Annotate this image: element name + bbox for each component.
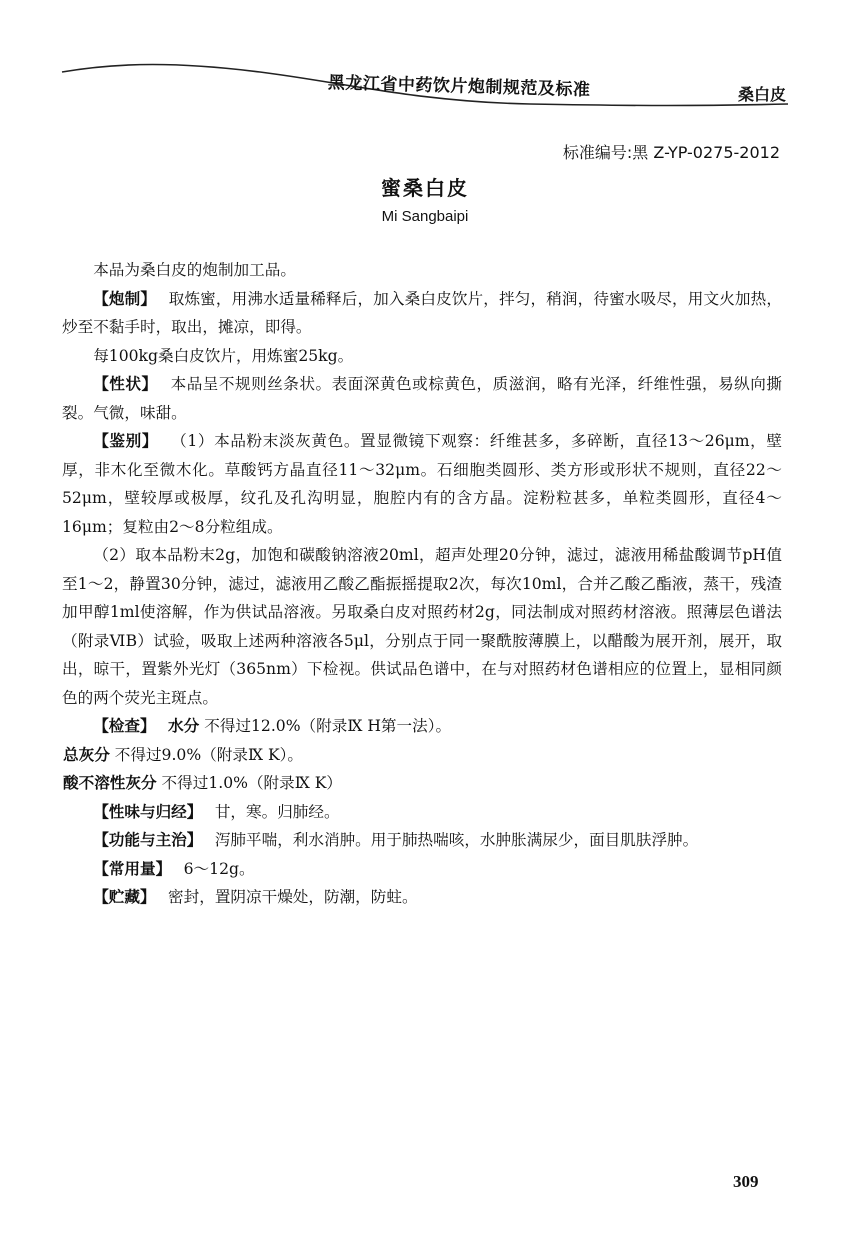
page-subtitle-pinyin: Mi Sangbaipi: [0, 208, 850, 225]
nature-text: 甘，寒。归肺经。: [215, 803, 340, 821]
identification-paragraph-1: 【鉴别】（1）本品粉末淡灰黄色。置显微镜下观察：纤维甚多，多碎断，直径13～26…: [62, 427, 782, 541]
inspection-acid-ash-paragraph: 酸不溶性灰分 不得过1.0%（附录Ⅸ K）: [62, 769, 782, 798]
intro-paragraph: 本品为桑白皮的炮制加工品。: [62, 256, 782, 285]
acid-insoluble-ash-text: 不得过1.0%（附录Ⅸ K）: [162, 774, 342, 792]
header-section-name: 桑白皮: [738, 82, 786, 105]
inspection-total-ash-paragraph: 总灰分 不得过9.0%（附录Ⅸ K）。: [62, 741, 782, 770]
processing-label: 【炮制】: [93, 290, 156, 308]
intro-text: 本品为桑白皮的炮制加工品。: [93, 261, 296, 279]
monograph-body: 本品为桑白皮的炮制加工品。 【炮制】取炼蜜，用沸水适量稀释后，加入桑白皮饮片，拌…: [62, 256, 782, 912]
processing-ratio: 每100kg桑白皮饮片，用炼蜜25kg。: [93, 347, 353, 365]
identification-label: 【鉴别】: [93, 432, 158, 450]
identification-item-1: （1）本品粉末淡灰黄色。置显微镜下观察：纤维甚多，多碎断，直径13～26μm，壁…: [62, 432, 782, 536]
dosage-label: 【常用量】: [93, 860, 171, 878]
moisture-text: 不得过12.0%（附录Ⅸ H第一法）。: [204, 717, 451, 735]
inspection-label: 【检查】: [93, 717, 155, 735]
characteristics-label: 【性状】: [93, 375, 157, 393]
function-paragraph: 【功能与主治】泻肺平喘，利水消肿。用于肺热喘咳，水肿胀满尿少，面目肌肤浮肿。: [62, 826, 782, 855]
processing-ratio-paragraph: 每100kg桑白皮饮片，用炼蜜25kg。: [62, 342, 782, 371]
total-ash-label: 总灰分: [63, 746, 110, 764]
dosage-paragraph: 【常用量】6～12g。: [62, 855, 782, 884]
dosage-text: 6～12g。: [184, 860, 255, 878]
running-header: 黑龙江省中药饮片炮制规范及标准 桑白皮: [60, 50, 790, 120]
storage-text: 密封，置阴凉干燥处，防潮，防蛀。: [168, 888, 418, 906]
page-title: 蜜桑白皮: [0, 172, 850, 201]
nature-label: 【性味与归经】: [93, 803, 202, 821]
characteristics-paragraph: 【性状】本品呈不规则丝条状。表面深黄色或棕黄色，质滋润，略有光泽，纤维性强，易纵…: [62, 370, 782, 427]
standard-number: 标准编号:黑 Z-YP-0275-2012: [563, 140, 780, 163]
storage-paragraph: 【贮藏】密封，置阴凉干燥处，防潮，防蛀。: [62, 883, 782, 912]
function-text: 泻肺平喘，利水消肿。用于肺热喘咳，水肿胀满尿少，面目肌肤浮肿。: [215, 831, 698, 849]
nature-paragraph: 【性味与归经】甘，寒。归肺经。: [62, 798, 782, 827]
function-label: 【功能与主治】: [93, 831, 202, 849]
processing-paragraph: 【炮制】取炼蜜，用沸水适量稀释后，加入桑白皮饮片，拌匀，稍润，待蜜水吸尽，用文火…: [62, 285, 782, 342]
total-ash-text: 不得过9.0%（附录Ⅸ K）。: [115, 746, 303, 764]
characteristics-text: 本品呈不规则丝条状。表面深黄色或棕黄色，质滋润，略有光泽，纤维性强，易纵向撕裂。…: [62, 375, 782, 422]
acid-insoluble-ash-label: 酸不溶性灰分: [63, 774, 157, 792]
processing-text: 取炼蜜，用沸水适量稀释后，加入桑白皮饮片，拌匀，稍润，待蜜水吸尽，用文火加热，炒…: [62, 290, 782, 337]
identification-paragraph-2: （2）取本品粉末2g，加饱和碳酸钠溶液20ml，超声处理20分钟，滤过，滤液用稀…: [62, 541, 782, 712]
page-number: 309: [733, 1172, 759, 1192]
inspection-moisture-paragraph: 【检查】水分 不得过12.0%（附录Ⅸ H第一法）。: [62, 712, 782, 741]
document-page: 黑龙江省中药饮片炮制规范及标准 桑白皮 标准编号:黑 Z-YP-0275-201…: [0, 0, 850, 1254]
moisture-label: 水分: [168, 717, 199, 735]
storage-label: 【贮藏】: [93, 888, 155, 906]
identification-item-2: （2）取本品粉末2g，加饱和碳酸钠溶液20ml，超声处理20分钟，滤过，滤液用稀…: [62, 546, 782, 707]
